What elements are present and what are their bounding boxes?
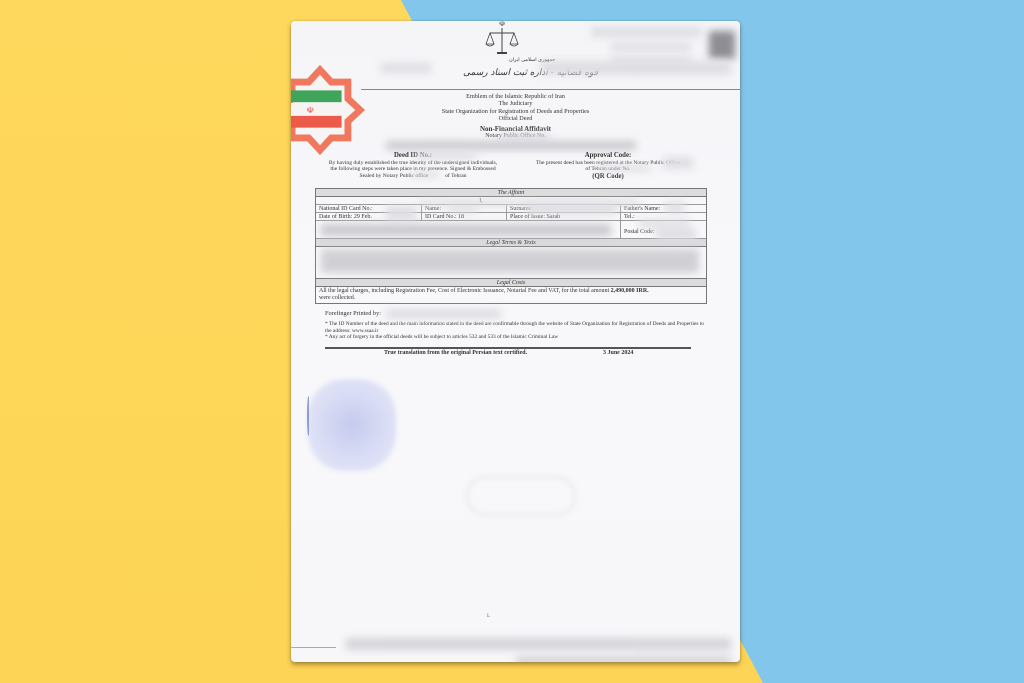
redacted-header-text (591, 27, 701, 37)
redacted-notary-number (499, 133, 549, 140)
redacted-footer-text (516, 656, 731, 662)
legal-costs-title: Legal Costs (316, 279, 706, 287)
deed-id-label: Deed ID No.: (313, 152, 513, 160)
title-line-emblem: Emblem of the Islamic Republic of Iran (291, 93, 740, 100)
svg-text:☫: ☫ (499, 21, 505, 28)
official-deed-document: ☫ ☫ جمهوری اسلامی ایران قوه قضائیه - ادا… (291, 21, 740, 662)
stamp-edge (307, 396, 310, 436)
note-2: * Any act of forgery in the official dee… (325, 334, 705, 340)
title-line-judiciary: The Judiciary (291, 100, 740, 107)
bottom-divider (291, 647, 336, 648)
redacted-barcode (709, 31, 735, 59)
forefinger-label: Forefinger Printed by: (325, 311, 705, 317)
redacted-address (321, 224, 611, 236)
total-amount: 2,490,000 IRR. (611, 288, 649, 294)
official-stamp-icon (308, 379, 396, 471)
place-of-issue-cell: Place of Issue: Sarab (507, 213, 621, 220)
redacted-national-id (386, 206, 416, 220)
redacted-fathers-name (665, 202, 685, 212)
redacted-forefinger (386, 309, 501, 319)
certification-date: 3 June 2024 (603, 350, 633, 356)
tel-cell: Tel.: (621, 213, 706, 220)
redacted-office (411, 171, 439, 177)
legal-costs-text: All the legal charges, including Registr… (316, 287, 706, 303)
id-card-cell: ID Card No.: 18 (422, 213, 507, 220)
qr-code-label: (QR Code) (513, 173, 703, 181)
footer-divider (325, 347, 691, 349)
redacted-footer-text (346, 638, 731, 650)
pen-mark: ʟ (487, 611, 490, 619)
redacted-tel (639, 220, 689, 228)
redacted-postal-code (656, 228, 696, 240)
redacted-surname (526, 204, 616, 214)
note-1: * The ID Number of the deed and the main… (325, 321, 705, 334)
redacted-approval-number (597, 165, 651, 171)
faint-seal-mark (466, 476, 576, 516)
certification-text: True translation from the original Persi… (384, 350, 527, 356)
redacted-header-text (541, 61, 731, 75)
document-title-block: Emblem of the Islamic Republic of Iran T… (291, 93, 740, 122)
legal-terms-title: Legal Terms & Texts (316, 239, 706, 247)
redacted-legal-terms (321, 249, 699, 273)
fathers-name-cell: Father's Name: (621, 205, 706, 212)
redacted-header-text (381, 63, 431, 73)
scales-of-justice-icon: ☫ (484, 21, 520, 59)
header-divider (361, 89, 740, 90)
title-line-official-deed: Official Deed (291, 115, 740, 122)
redacted-line (386, 141, 636, 150)
notes-section: Forefinger Printed by: * The ID Number o… (325, 311, 705, 341)
affiant-row-1: National ID Card No.: Name: Surname: Fat… (316, 205, 706, 213)
redacted-header-text (611, 43, 691, 51)
title-line-organization: State Organization for Registration of D… (291, 108, 740, 115)
redacted-deed-id (415, 152, 475, 159)
redacted-approval (663, 157, 693, 169)
redacted-name (449, 206, 477, 212)
affiant-section-title: The Affiant (316, 189, 706, 197)
